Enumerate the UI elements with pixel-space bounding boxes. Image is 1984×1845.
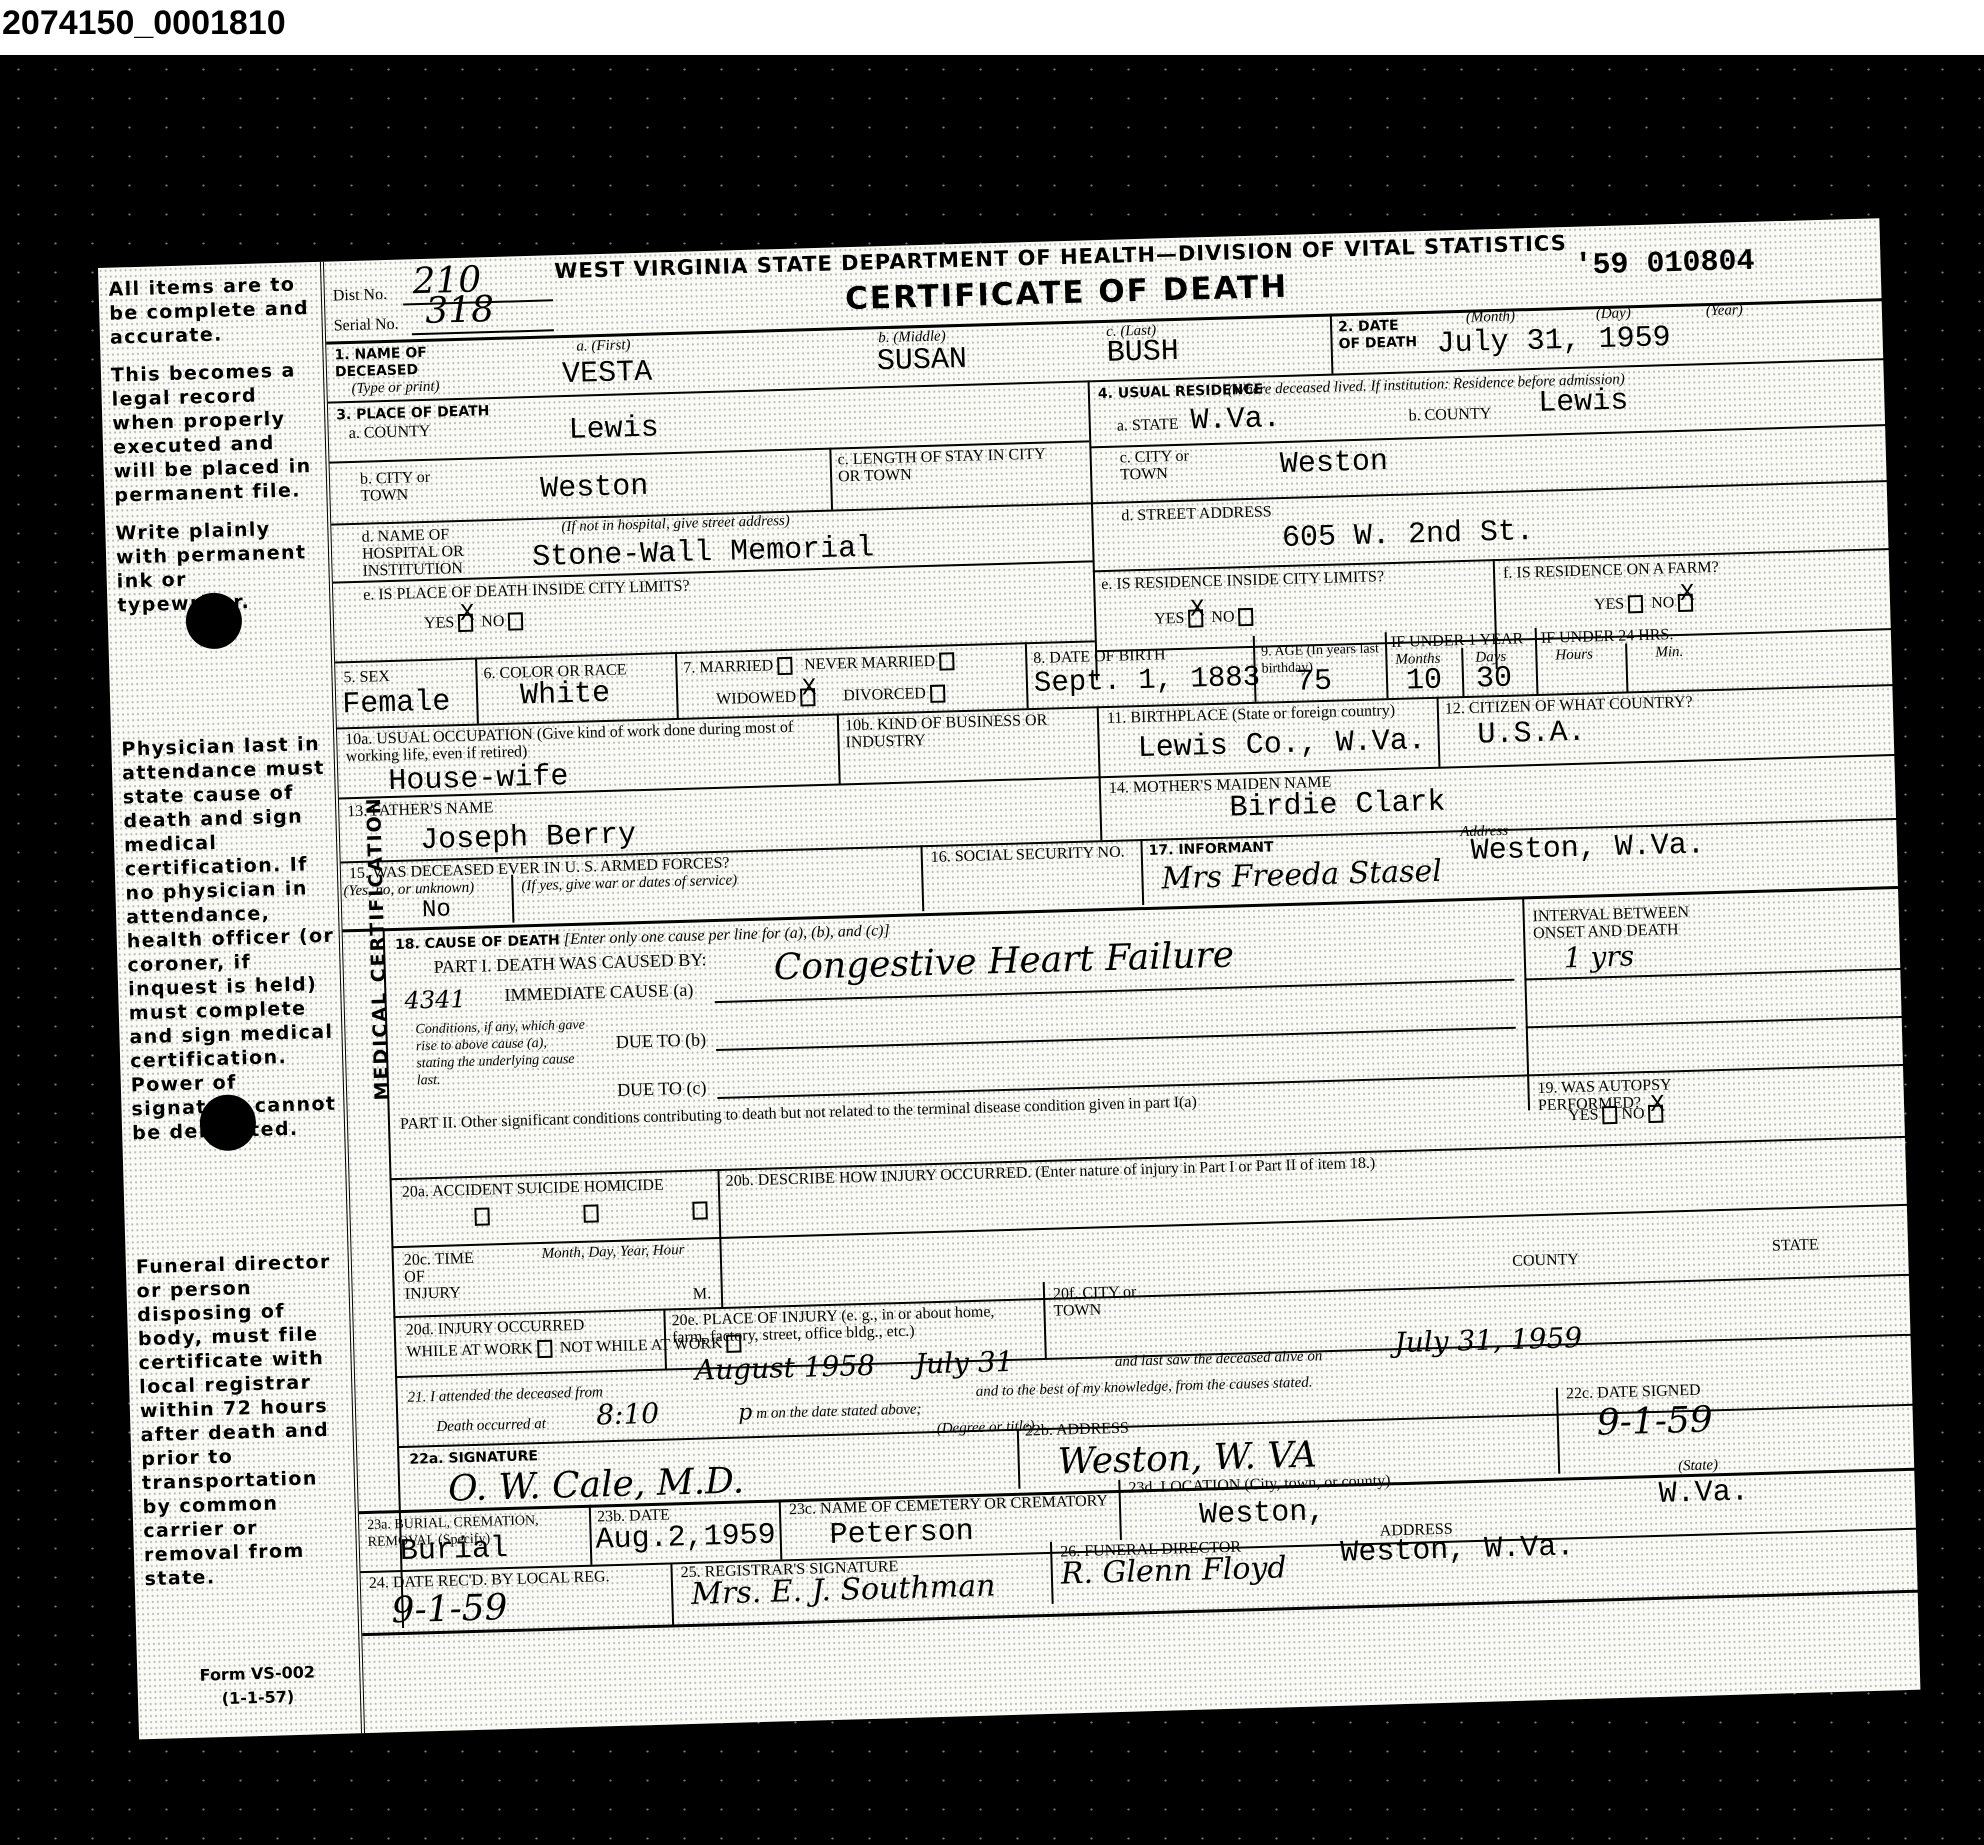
interval-onset-death: 1 yrs	[1563, 937, 1634, 977]
informant-address: Weston, W.Va.	[1470, 829, 1705, 868]
mother-maiden-name: Birdie Clark	[1229, 787, 1446, 825]
dist-no-label: Dist No.	[333, 286, 388, 305]
accident-box[interactable]	[474, 1208, 489, 1226]
first-name: VESTA	[562, 357, 653, 392]
cause-code: 4341	[404, 980, 466, 1020]
farm-yes[interactable]	[1628, 595, 1643, 613]
date-of-death: July 31, 1959	[1436, 322, 1671, 361]
last-name: BUSH	[1106, 336, 1179, 370]
attended-to: July 31	[914, 1343, 1014, 1384]
residence-state: W.Va.	[1190, 403, 1281, 438]
death-inside-limits-yes[interactable]	[458, 614, 473, 632]
autopsy-no[interactable]	[1648, 1105, 1663, 1123]
date-signed: 9-1-59	[1596, 1401, 1713, 1442]
punch-hole	[185, 592, 243, 650]
suicide-box[interactable]	[583, 1205, 598, 1223]
name-label: 1. NAME OF DECEASED	[334, 344, 475, 382]
residence-street: 605 W. 2nd St.	[1282, 516, 1535, 555]
date-received: 9-1-59	[391, 1589, 508, 1630]
cemetery-state: W.Va.	[1658, 1476, 1749, 1511]
under1-months: 10	[1406, 665, 1443, 698]
punch-hole	[199, 1094, 257, 1152]
autopsy-yes[interactable]	[1602, 1106, 1617, 1124]
note-legal: This becomes a legal record when properl…	[111, 358, 323, 508]
age: 75	[1296, 666, 1333, 699]
divorced-box[interactable]	[930, 685, 945, 703]
certificate-form: Dist No. 210 Serial No. 318 WEST VIRGINI…	[320, 218, 1920, 1733]
death-time: 8:10	[596, 1395, 660, 1435]
death-city: Weston	[540, 471, 649, 506]
cemetery-city: Weston,	[1199, 1496, 1326, 1532]
serial-no-label: Serial No.	[333, 316, 398, 335]
note-funeral: Funeral director or person disposing of …	[136, 1250, 353, 1592]
death-ampm: p	[738, 1394, 753, 1432]
funeral-director-address: Weston, W.Va.	[1340, 1531, 1575, 1570]
medical-certification-label: MEDICAL CERTIFICATION	[363, 796, 393, 1101]
serial-no: 318	[425, 291, 495, 331]
farm-no[interactable]	[1678, 594, 1693, 612]
note-physician: Physician last in attendance must state …	[121, 732, 340, 1146]
last-seen-alive: July 31, 1959	[1394, 1319, 1583, 1362]
burial-date: Aug.2,1959	[595, 1520, 776, 1557]
informant-signature: Mrs Freeda Stasel	[1161, 853, 1442, 899]
instructions-sidebar: All items are to be complete and accurat…	[108, 272, 356, 1727]
death-inside-limits-no[interactable]	[508, 613, 523, 631]
never-married-box[interactable]	[939, 653, 954, 671]
death-certificate: All items are to be complete and accurat…	[98, 218, 1920, 1739]
disposition: Burial	[400, 1533, 509, 1568]
under1-days: 30	[1476, 663, 1513, 696]
residence-county: Lewis	[1538, 385, 1629, 420]
widowed-box[interactable]	[800, 688, 815, 706]
father-name: Joseph Berry	[420, 819, 637, 857]
form-number: Form VS-002 (1-1-57)	[187, 1660, 328, 1712]
residence-inside-limits-no[interactable]	[1238, 608, 1253, 626]
birthplace: Lewis Co., W.Va.	[1137, 725, 1426, 765]
immediate-cause: Congestive Heart Failure	[773, 937, 1234, 988]
residence-city: Weston	[1280, 446, 1389, 481]
armed-forces: No	[422, 894, 452, 927]
middle-name: SUSAN	[876, 344, 967, 379]
married-box[interactable]	[777, 657, 792, 675]
residence-inside-limits-yes[interactable]	[1188, 610, 1203, 628]
note-complete: All items are to be complete and accurat…	[108, 272, 318, 350]
top-banner: 2074150_0001810	[0, 0, 1984, 55]
certificate-title: CERTIFICATE OF DEATH	[845, 269, 1289, 317]
sex: Female	[342, 686, 451, 721]
homicide-box[interactable]	[692, 1202, 707, 1220]
date-of-birth: Sept. 1, 1883	[1034, 662, 1261, 700]
certificate-number: '59 010804	[1574, 246, 1755, 283]
race: White	[520, 678, 611, 713]
registrar-signature: Mrs. E. J. Southman	[691, 1567, 996, 1613]
document-id: 2074150_0001810	[2, 4, 286, 43]
cemetery: Peterson	[829, 1516, 974, 1552]
citizenship: U.S.A.	[1477, 717, 1586, 752]
funeral-director-signature: R. Glenn Floyd	[1060, 1549, 1287, 1593]
attended-from: August 1958	[694, 1347, 875, 1390]
death-county: Lewis	[568, 412, 659, 447]
while-at-work-box[interactable]	[537, 1340, 552, 1358]
